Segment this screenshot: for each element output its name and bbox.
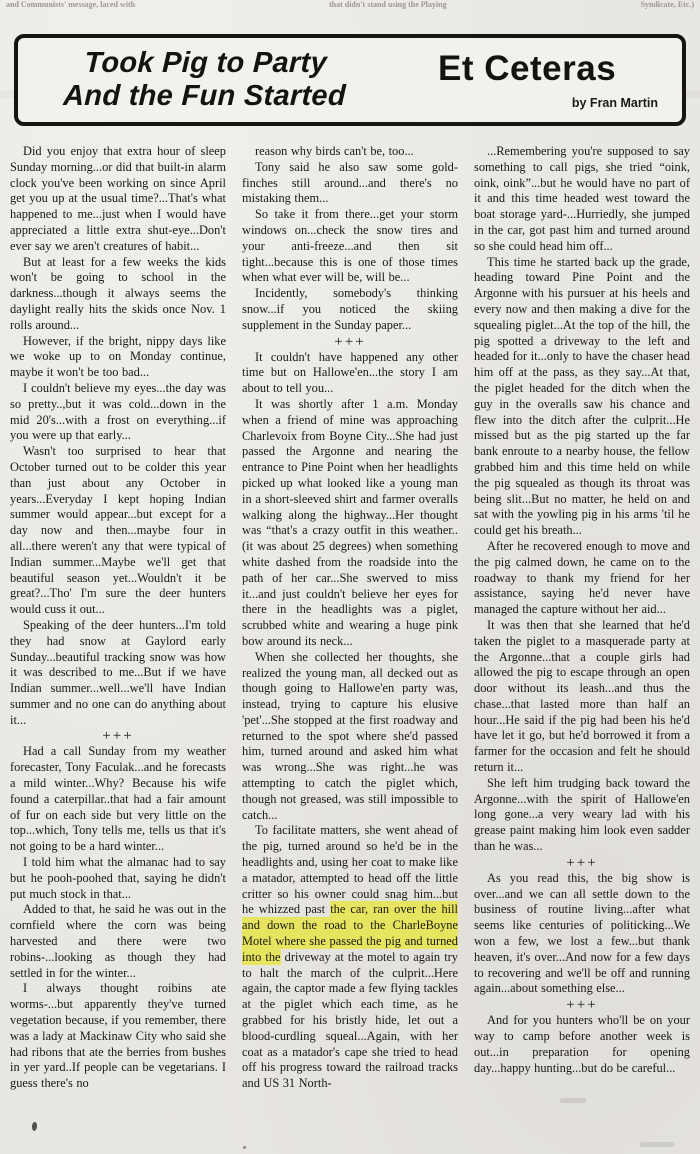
article-paragraph: As you read this, the big show is over..… xyxy=(474,871,690,997)
article-body: Did you enjoy that extra hour of sleep S… xyxy=(0,144,700,1092)
article-paragraph: Had a call Sunday from my weather foreca… xyxy=(10,744,226,855)
newspaper-page: { "top_strip": { "left": "and Communists… xyxy=(0,0,700,1154)
fragment-right: Syndicate, Etc.) xyxy=(640,0,694,11)
article-paragraph: Incidently, somebody's thinking snow...i… xyxy=(242,286,458,333)
article-paragraph: Tony said he also saw some gold-finches … xyxy=(242,160,458,207)
article-paragraph: ...Remembering you're supposed to say so… xyxy=(474,144,690,255)
previous-article-fragment: and Communists' message, laced with that… xyxy=(0,0,700,11)
article-paragraph: I always thought roibins ate worms-...bu… xyxy=(10,981,226,1092)
article-paragraph: After he recovered enough to move and th… xyxy=(474,539,690,618)
article-paragraph: reason why birds can't be, too... xyxy=(242,144,458,160)
scan-artifact xyxy=(560,1098,586,1103)
article-paragraph: But at least for a few weeks the kids wo… xyxy=(10,255,226,334)
article-paragraph: This time he started back up the grade, … xyxy=(474,255,690,539)
article-paragraph: So take it from there...get your storm w… xyxy=(242,207,458,286)
article-paragraph: Did you enjoy that extra hour of sleep S… xyxy=(10,144,226,255)
article-paragraph: It couldn't have happened any other time… xyxy=(242,350,458,397)
paragraph-text: driveway at the motel to again try to ha… xyxy=(242,950,458,1090)
article-paragraph: To facilitate matters, she went ahead of… xyxy=(242,823,458,1092)
byline: by Fran Martin xyxy=(572,96,658,110)
section-divider: +++ xyxy=(242,334,458,350)
article-paragraph: I told him what the almanac had to say b… xyxy=(10,855,226,902)
article-header-box: Took Pig to Party And the Fun Started Et… xyxy=(14,34,686,126)
article-paragraph: I couldn't believe my eyes...the day was… xyxy=(10,381,226,444)
article-paragraph: Speaking of the deer hunters...I'm told … xyxy=(10,618,226,729)
article-headline: Took Pig to Party And the Fun Started xyxy=(27,47,383,113)
headline-line-1: Took Pig to Party xyxy=(28,47,383,80)
article-paragraph: When she collected her thoughts, she rea… xyxy=(242,650,458,824)
article-paragraph: Added to that, he said he was out in the… xyxy=(10,902,226,981)
article-paragraph: However, if the bright, nippy days like … xyxy=(10,334,226,381)
column-masthead: Et Ceteras by Fran Martin xyxy=(382,51,672,110)
article-column-1: Did you enjoy that extra hour of sleep S… xyxy=(10,144,226,1092)
article-paragraph: And for you hunters who'll be on your wa… xyxy=(474,1013,690,1076)
fragment-left: and Communists' message, laced with xyxy=(6,0,135,11)
section-divider: +++ xyxy=(10,728,226,744)
article-paragraph: It was then that she learned that he'd t… xyxy=(474,618,690,776)
section-divider: +++ xyxy=(474,997,690,1013)
article-paragraph: It was shortly after 1 a.m. Monday when … xyxy=(242,397,458,650)
article-paragraph: She left him trudging back toward the Ar… xyxy=(474,776,690,855)
section-divider: +++ xyxy=(474,855,690,871)
fragment-middle: that didn't stand using the Playing xyxy=(329,0,447,11)
ink-speck xyxy=(32,1122,37,1131)
article-column-2: reason why birds can't be, too...Tony sa… xyxy=(242,144,458,1092)
scan-artifact xyxy=(640,1142,674,1147)
column-title: Et Ceteras xyxy=(438,51,616,86)
headline-line-2: And the Fun Started xyxy=(27,80,382,113)
ink-speck xyxy=(243,1146,246,1149)
article-column-3: ...Remembering you're supposed to say so… xyxy=(474,144,690,1092)
article-paragraph: Wasn't too surprised to hear that Octobe… xyxy=(10,444,226,618)
